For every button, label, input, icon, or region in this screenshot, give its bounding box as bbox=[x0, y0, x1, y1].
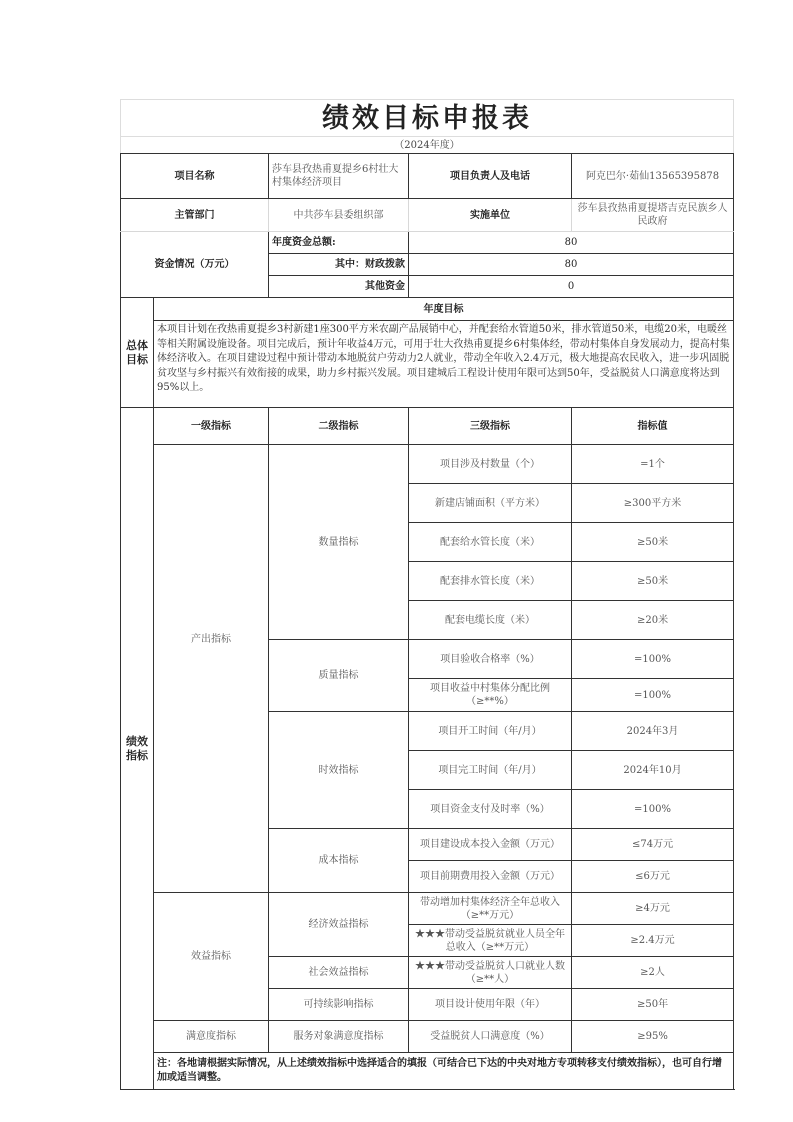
dept-value: 中共莎车县委组织部 bbox=[269, 199, 409, 232]
indicator-value: ≤74万元 bbox=[572, 829, 734, 861]
indicator-name: 项目资金支付及时率（%） bbox=[409, 790, 572, 829]
indicator-name: 带动增加村集体经济全年总收入（≥**万元） bbox=[409, 893, 572, 925]
indicator-value: =100% bbox=[572, 790, 734, 829]
indicator-name: ★★★带动受益脱贫人口就业人数（≥**人） bbox=[409, 957, 572, 989]
indicator-name: 项目收益中村集体分配比例（≥**%） bbox=[409, 679, 572, 712]
indicator-value: ≥50米 bbox=[572, 523, 734, 562]
impl-value: 莎车县孜热甫夏提塔吉克民族乡人民政府 bbox=[572, 199, 734, 232]
indicator-name: 配套排水管长度（米） bbox=[409, 562, 572, 601]
form-note: 注：各地请根据实际情况，从上述绩效指标中选择适合的填报（可结合已下达的中央对地方… bbox=[154, 1053, 734, 1090]
funds-fiscal-value: 80 bbox=[409, 254, 734, 276]
header-value: 指标值 bbox=[572, 408, 734, 445]
indicator-name: 项目建设成本投入金额（万元） bbox=[409, 829, 572, 861]
indicator-name: 项目涉及村数量（个） bbox=[409, 445, 572, 484]
funds-other-value: 0 bbox=[409, 276, 734, 298]
indicator-value: =100% bbox=[572, 679, 734, 712]
indicator-name: 项目开工时间（年/月） bbox=[409, 712, 572, 751]
indicator-value: ≥2人 bbox=[572, 957, 734, 989]
funds-other-label: 其他资金 bbox=[269, 276, 409, 298]
indicator-name: 新建店铺面积（平方米） bbox=[409, 484, 572, 523]
indicator-value: ≤6万元 bbox=[572, 861, 734, 893]
funds-fiscal-label: 其中：财政拨款 bbox=[269, 254, 409, 276]
indicator-value: ≥20米 bbox=[572, 601, 734, 640]
dept-label: 主管部门 bbox=[121, 199, 269, 232]
indicator-name: 配套电缆长度（米） bbox=[409, 601, 572, 640]
indicator-value: ≥4万元 bbox=[572, 893, 734, 925]
level2-quality: 质量指标 bbox=[269, 640, 409, 712]
impl-label: 实施单位 bbox=[409, 199, 572, 232]
level2-sustainability: 可持续影响指标 bbox=[269, 989, 409, 1021]
project-name-label: 项目名称 bbox=[121, 154, 269, 199]
indicator-value: 2024年3月 bbox=[572, 712, 734, 751]
indicator-value: =1个 bbox=[572, 445, 734, 484]
funds-label: 资金情况（万元） bbox=[121, 232, 269, 298]
funds-total-value: 80 bbox=[409, 232, 734, 254]
level2-economic: 经济效益指标 bbox=[269, 893, 409, 957]
owner-label: 项目负责人及电话 bbox=[409, 154, 572, 199]
indicator-value: ≥95% bbox=[572, 1021, 734, 1053]
indicator-name: 项目前期费用投入金额（万元） bbox=[409, 861, 572, 893]
indicator-value: ≥300平方米 bbox=[572, 484, 734, 523]
level2-cost: 成本指标 bbox=[269, 829, 409, 893]
indicator-value: ≥50米 bbox=[572, 562, 734, 601]
level1-output: 产出指标 bbox=[154, 445, 269, 893]
form-year: （2024年度） bbox=[121, 137, 734, 154]
form-title: 绩效目标申报表 bbox=[121, 100, 734, 137]
level1-satisfaction: 满意度指标 bbox=[154, 1021, 269, 1053]
indicator-value: =100% bbox=[572, 640, 734, 679]
level2-quantity: 数量指标 bbox=[269, 445, 409, 640]
indicator-name: 项目完工时间（年/月） bbox=[409, 751, 572, 790]
funds-total-label: 年度资金总额: bbox=[269, 232, 409, 254]
level2-service-satisfaction: 服务对象满意度指标 bbox=[269, 1021, 409, 1053]
level2-social: 社会效益指标 bbox=[269, 957, 409, 989]
owner-value: 阿克巴尔·茹仙13565395878 bbox=[572, 154, 734, 199]
header-level2: 二级指标 bbox=[269, 408, 409, 445]
indicator-name: ★★★带动受益脱贫就业人员全年总收入（≥**万元） bbox=[409, 925, 572, 957]
header-level1: 一级指标 bbox=[154, 408, 269, 445]
annual-goal-text: 本项目计划在孜热甫夏提乡3村新建1座300平方米农副产品展销中心，并配套给水管道… bbox=[154, 321, 734, 408]
annual-goal-header: 年度目标 bbox=[154, 298, 734, 321]
indicator-value: 2024年10月 bbox=[572, 751, 734, 790]
indicators-label: 绩效指标 bbox=[121, 408, 154, 1090]
indicator-name: 项目设计使用年限（年） bbox=[409, 989, 572, 1021]
form-table: 绩效目标申报表 （2024年度） 项目名称 莎车县孜热甫夏提乡6村壮大村集体经济… bbox=[120, 99, 734, 1090]
overall-goal-label: 总体目标 bbox=[121, 298, 154, 408]
project-name-value: 莎车县孜热甫夏提乡6村壮大村集体经济项目 bbox=[269, 154, 409, 199]
indicator-value: ≥2.4万元 bbox=[572, 925, 734, 957]
indicator-name: 受益脱贫人口满意度（%） bbox=[409, 1021, 572, 1053]
header-level3: 三级指标 bbox=[409, 408, 572, 445]
level2-timeliness: 时效指标 bbox=[269, 712, 409, 829]
indicator-value: ≥50年 bbox=[572, 989, 734, 1021]
level1-benefit: 效益指标 bbox=[154, 893, 269, 1021]
indicator-name: 项目验收合格率（%） bbox=[409, 640, 572, 679]
performance-goal-form: 绩效目标申报表 （2024年度） 项目名称 莎车县孜热甫夏提乡6村壮大村集体经济… bbox=[120, 99, 733, 1090]
indicator-name: 配套给水管长度（米） bbox=[409, 523, 572, 562]
